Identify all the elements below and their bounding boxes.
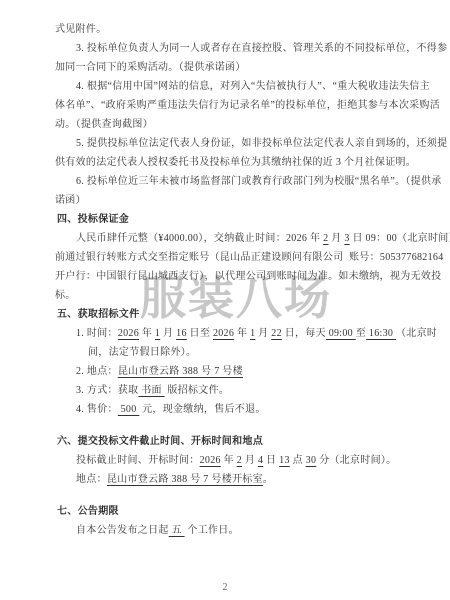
text-segment: 个工作日。: [185, 525, 239, 536]
underlined-value: 16:30: [366, 328, 396, 339]
text-segment: 日，每天: [282, 328, 326, 339]
text-segment: 至: [356, 328, 366, 339]
text-segment: 日: [263, 455, 279, 466]
text-segment: 年: [221, 455, 237, 466]
text-line: 自本公告发布之日起 五 个工作日。: [55, 521, 428, 540]
text-segment: 标。: [55, 290, 76, 301]
text-line: 动。（提供查询截图）: [55, 115, 428, 134]
text-segment: 式见附件。: [55, 24, 107, 35]
underlined-value: 书面: [138, 385, 164, 396]
section-heading: 五、获取招标文件: [55, 305, 428, 324]
text-segment: 日至: [187, 328, 213, 339]
underlined-value: 昆山市登云路 388 号 7 号楼开标室: [107, 474, 263, 485]
text-segment: 月: [328, 233, 344, 244]
text-segment: 1. 时间：: [76, 328, 118, 339]
underlined-value: 500: [118, 404, 140, 415]
text-segment: 加同一合同下的采购活动。（提供承诺函）: [55, 62, 246, 73]
page-number: 2: [0, 582, 450, 593]
document-page: 服装八场 式见附件。3. 投标单位负责人为同一人或者存在直接控股、管理关系的不同…: [0, 0, 450, 600]
text-line: 式见附件。: [55, 20, 428, 39]
text-line: 体名单”、“政府采购严重违法失信行为记录名单”的投标单位，拒绝其参与本次采购活: [55, 96, 428, 115]
text-segment: 5. 提供投标单位法定代表人身份证，如非投标单位法定代表人亲自到场的，还须提: [76, 138, 447, 149]
text-segment: 地点：: [76, 474, 107, 485]
text-segment: 五、获取招标文件: [57, 309, 139, 320]
text-line: 加同一合同下的采购活动。（提供承诺函）: [55, 58, 428, 77]
text-line: 2. 地点：昆山市登云路 388 号 7 号楼: [55, 362, 428, 381]
underlined-value: 2026: [200, 455, 221, 466]
text-segment: 月: [242, 455, 258, 466]
text-segment: 自本公告发布之日起: [76, 525, 169, 536]
text-line: 前通过银行转账方式交至指定账号（昆山品正建设顾问有限公司 账号：50537768…: [55, 248, 428, 267]
text-line: 3. 方式：获取 书面 版招标文件。: [55, 381, 428, 400]
underlined-value: 30: [306, 455, 317, 466]
underlined-value: 五: [169, 525, 185, 536]
text-segment: 间，法定节假日除外）。: [88, 347, 196, 358]
text-segment: 版招标文件。: [165, 385, 230, 396]
text-segment: 投标截止时间、开标时间：: [76, 455, 200, 466]
text-line: 6. 投标单位近三年未被市场监督部门或教育行政部门列为校服“黑名单”。（提供承: [55, 172, 428, 191]
underlined-value: 09:00: [326, 328, 356, 339]
text-segment: 分（北京时间）。: [316, 455, 396, 466]
text-segment: 6. 投标单位近三年未被市场监督部门或教育行政部门列为校服“黑名单”。（提供承: [76, 176, 442, 187]
section-heading: 四、投标保证金: [55, 210, 428, 229]
text-segment: 月: [255, 328, 271, 339]
underlined-value: 2026: [118, 328, 139, 339]
section-heading: 七、公告期限: [55, 502, 428, 521]
text-segment: 年: [139, 328, 155, 339]
text-segment: 2. 地点：: [76, 366, 118, 377]
text-segment: 。: [263, 474, 273, 485]
text-segment: 前通过银行转账方式交至指定账号（昆山品正建设顾问有限公司 账号：50537768…: [55, 252, 444, 263]
text-line: 1. 时间：2026 年 1 月 16 日至 2026 年 1 月 22 日，每…: [55, 324, 428, 343]
text-segment: 开户行：中国银行昆山城西支行），以代理公司到账时间为准。如未缴纳，视为无效投: [55, 271, 441, 282]
text-segment: 诺函）: [55, 195, 86, 206]
text-segment: 4. 根据“信用中国”网站的信息，对列入“失信被执行人”、“重大税收违法失信主: [76, 81, 430, 92]
text-segment: 动。（提供查询截图）: [55, 119, 153, 130]
text-line: 4. 根据“信用中国”网站的信息，对列入“失信被执行人”、“重大税收违法失信主: [55, 77, 428, 96]
underlined-value: 13: [279, 455, 290, 466]
text-line: 诺函）: [55, 191, 428, 210]
text-segment: 月: [160, 328, 176, 339]
underlined-value: 22: [271, 328, 282, 339]
text-line: 5. 提供投标单位法定代表人身份证，如非投标单位法定代表人亲自到场的，还须提: [55, 134, 428, 153]
text-segment: 点: [290, 455, 306, 466]
section-heading: 六、提交投标文件截止时间、开标时间和地点: [55, 432, 428, 451]
text-segment: （北京时: [396, 328, 437, 339]
underlined-value: 昆山市登云路 388 号 7 号楼: [118, 366, 243, 377]
text-line: 4. 售价： 500 元，现金缴纳，售后不退。: [55, 400, 428, 419]
text-segment: 四、投标保证金: [57, 214, 129, 225]
text-line: 标。: [55, 286, 428, 305]
spacer: [55, 419, 428, 432]
text-line: 地点：昆山市登云路 388 号 7 号楼开标室。: [55, 470, 428, 489]
text-segment: 人民币肆仟元整（¥4000.00），交纳截止时间：2026 年: [76, 233, 323, 244]
text-line: 间，法定节假日除外）。: [55, 343, 428, 362]
text-segment: 3. 方式：获取: [76, 385, 138, 396]
text-segment: 3. 投标单位负责人为同一人或者存在直接控股、管理关系的不同投标单位，不得参: [76, 43, 447, 54]
text-segment: 年: [234, 328, 250, 339]
underlined-value: 2026: [213, 328, 234, 339]
text-line: 3. 投标单位负责人为同一人或者存在直接控股、管理关系的不同投标单位，不得参: [55, 39, 428, 58]
text-line: 供有效的法定代表人授权委托书及投标单位为其缴纳社保的近 3 个月社保证明。: [55, 153, 428, 172]
text-segment: 体名单”、“政府采购严重违法失信行为记录名单”的投标单位，拒绝其参与本次采购活: [55, 100, 440, 111]
text-line: 开户行：中国银行昆山城西支行），以代理公司到账时间为准。如未缴纳，视为无效投: [55, 267, 428, 286]
text-segment: 供有效的法定代表人授权委托书及投标单位为其缴纳社保的近 3 个月社保证明。: [55, 157, 416, 168]
underlined-value: 16: [176, 328, 187, 339]
text-segment: 元，现金缴纳，售后不退。: [139, 404, 265, 415]
text-segment: 六、提交投标文件截止时间、开标时间和地点: [57, 436, 263, 447]
text-segment: 日 09：00（北京时间）: [350, 233, 450, 244]
text-line: 人民币肆仟元整（¥4000.00），交纳截止时间：2026 年 2 月 3 日 …: [55, 229, 428, 248]
text-line: 投标截止时间、开标时间：2026 年 2 月 4 日 13 点 30 分（北京时…: [55, 451, 428, 470]
spacer: [55, 489, 428, 502]
text-segment: 4. 售价：: [76, 404, 118, 415]
document-body: 式见附件。3. 投标单位负责人为同一人或者存在直接控股、管理关系的不同投标单位，…: [0, 0, 450, 540]
text-segment: 七、公告期限: [57, 506, 119, 517]
